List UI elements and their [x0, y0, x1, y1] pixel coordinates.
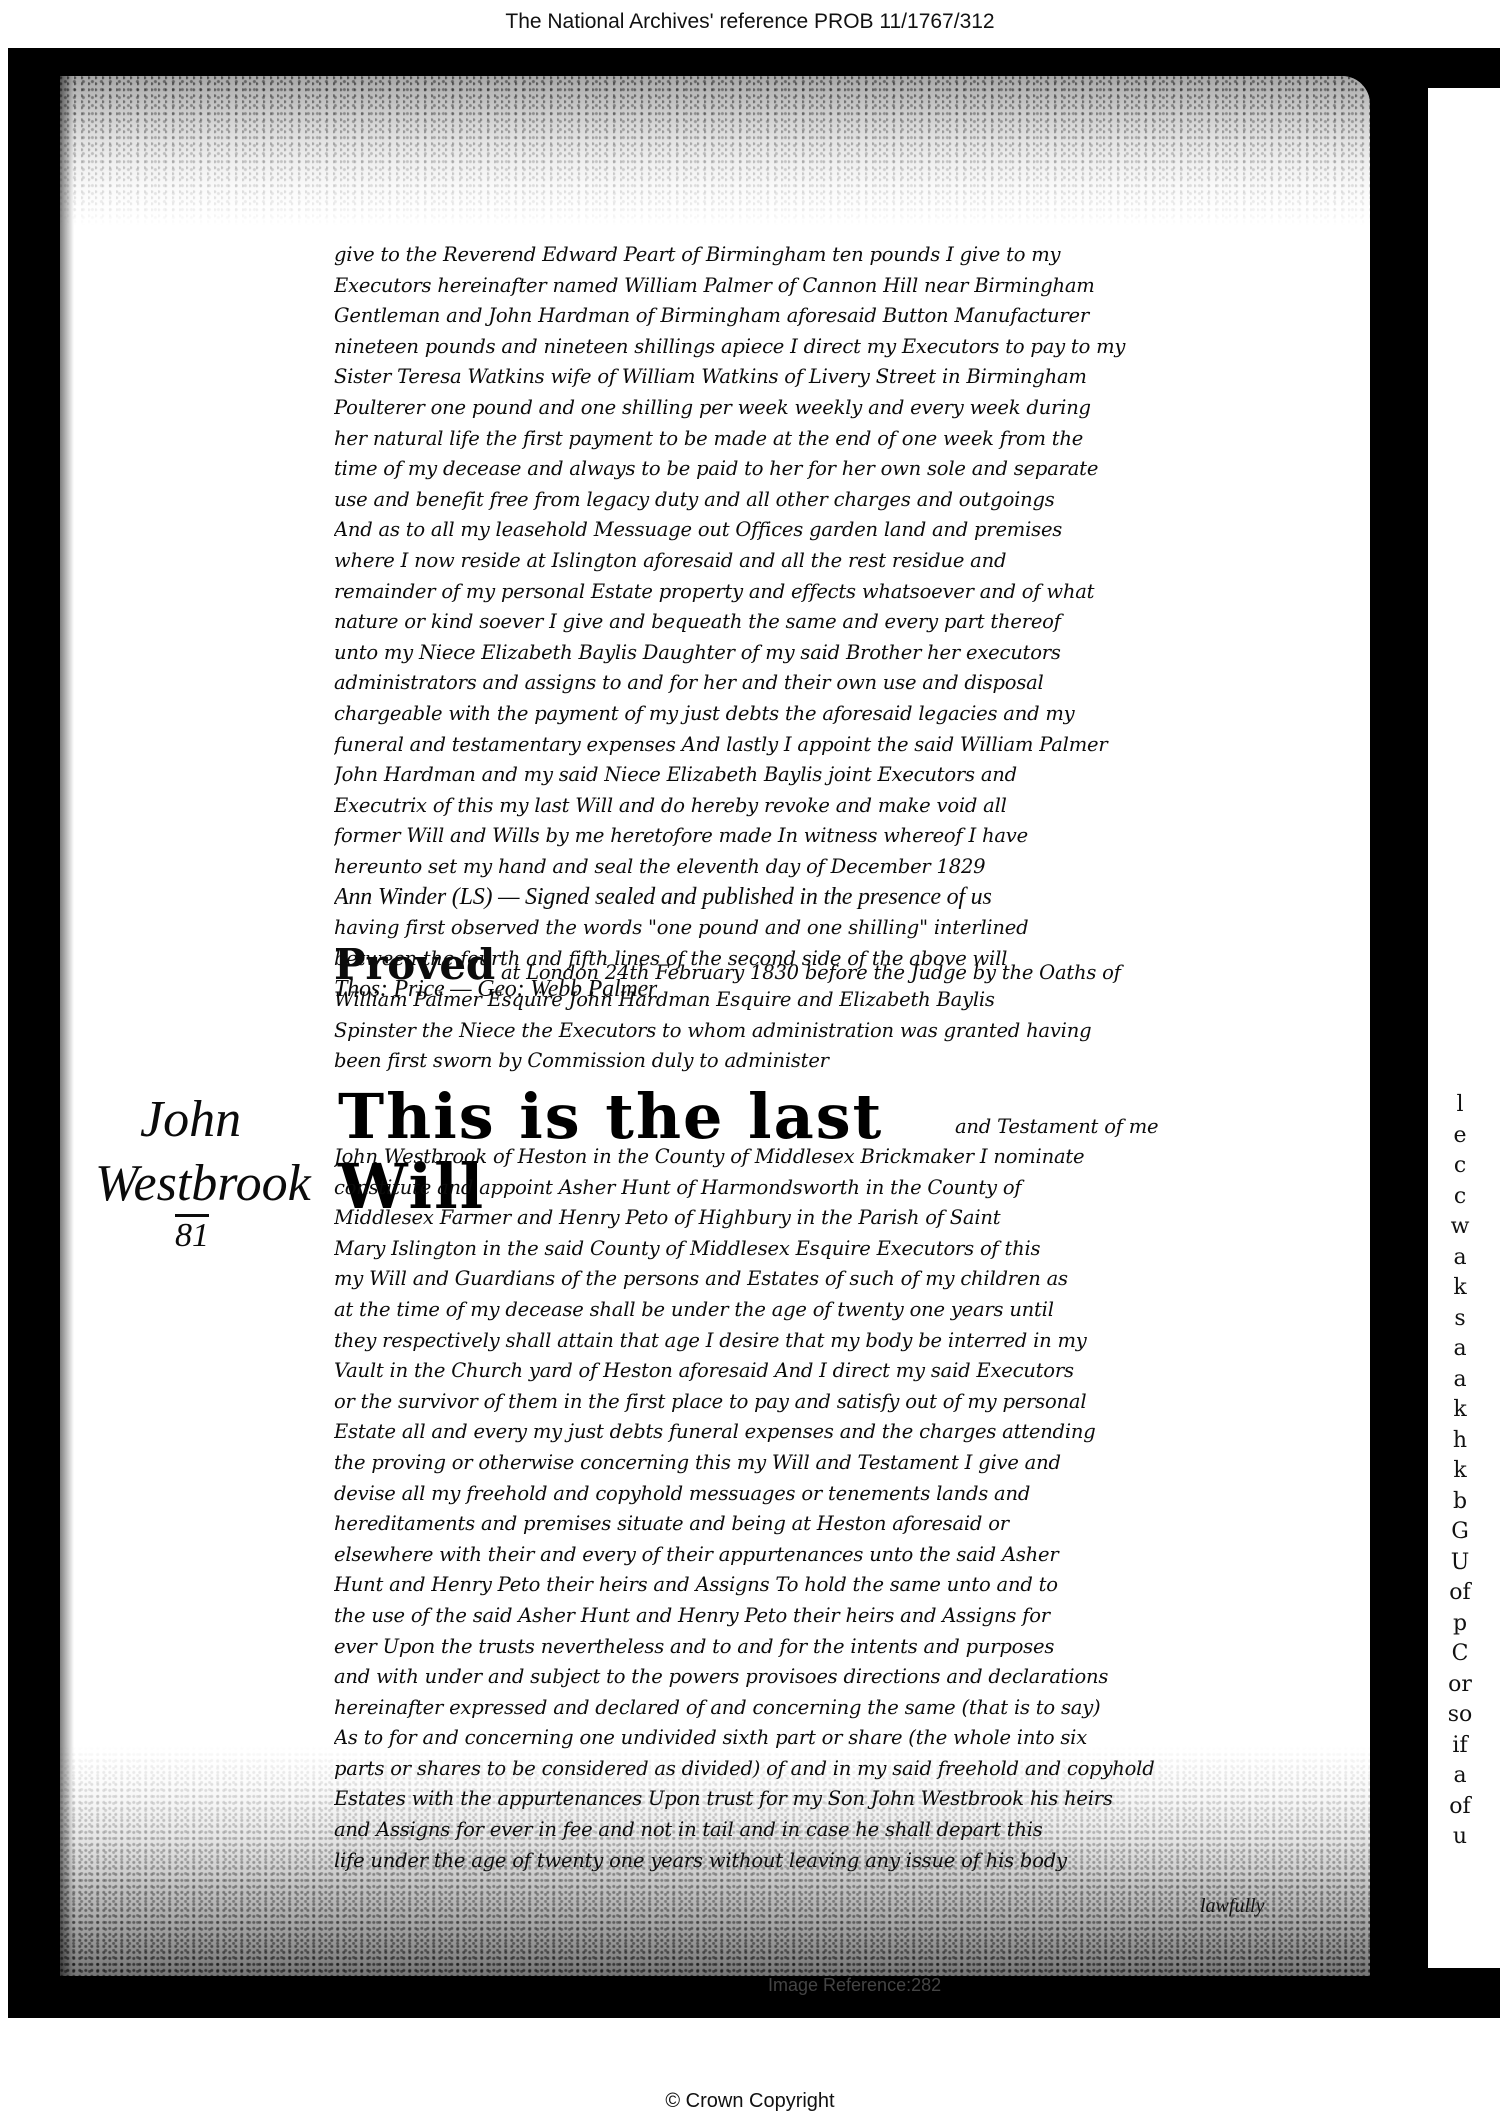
fragment: a	[1440, 1365, 1480, 1396]
new-will-body: John Westbrook of Heston in the County o…	[334, 1142, 1294, 1876]
testator-last-name: Westbrook	[95, 1152, 335, 1216]
fragment: of	[1440, 1578, 1480, 1609]
text-line: Spinster the Niece the Executors to whom…	[334, 1016, 1294, 1047]
will-title-continuation: and Testament of me	[955, 1112, 1295, 1143]
text-line: hereinafter expressed and declared of an…	[334, 1693, 1294, 1724]
binding-gutter	[1370, 48, 1428, 2018]
catchword: lawfully	[1200, 1895, 1264, 1918]
text-line: time of my decease and always to be paid…	[334, 454, 1294, 485]
text-line: at the time of my decease shall be under…	[334, 1295, 1294, 1326]
fragment: s	[1440, 1304, 1480, 1335]
probate-clause: Proved at London 24th February 1830 befo…	[334, 945, 1294, 1077]
scan-noise-left	[60, 76, 74, 1976]
text-line: use and benefit free from legacy duty an…	[334, 485, 1294, 516]
text-line: And as to all my leasehold Messuage out …	[334, 515, 1294, 546]
text-line: my Will and Guardians of the persons and…	[334, 1264, 1294, 1295]
text-line: hereditaments and premises situate and b…	[334, 1509, 1294, 1540]
text-line: Vault in the Church yard of Heston afore…	[334, 1356, 1294, 1387]
text-line: Executors hereinafter named William Palm…	[334, 271, 1294, 302]
text-line: John Westbrook of Heston in the County o…	[334, 1142, 1294, 1173]
text-line: Sister Teresa Watkins wife of William Wa…	[334, 362, 1294, 393]
fragment: k	[1440, 1395, 1480, 1426]
crown-copyright-footer: © Crown Copyright	[0, 2090, 1500, 2113]
text-line: or the survivor of them in the first pla…	[334, 1387, 1294, 1418]
text-line: nineteen pounds and nineteen shillings a…	[334, 332, 1294, 363]
text-line: give to the Reverend Edward Peart of Bir…	[334, 240, 1294, 271]
fragment: c	[1440, 1151, 1480, 1182]
text-line: Estate all and every my just debts funer…	[334, 1417, 1294, 1448]
scan-noise-top	[60, 76, 1370, 226]
probate-heading: Proved	[334, 945, 495, 985]
fragment: U	[1440, 1548, 1480, 1579]
fragment: or	[1440, 1670, 1480, 1701]
fragment: b	[1440, 1487, 1480, 1518]
text-line: nature or kind soever I give and bequeat…	[334, 607, 1294, 638]
fragment: w	[1440, 1212, 1480, 1243]
text-line: unto my Niece Elizabeth Baylis Daughter …	[334, 638, 1294, 669]
text-line: chargeable with the payment of my just d…	[334, 699, 1294, 730]
text-line: former Will and Wills by me heretofore m…	[334, 821, 1294, 852]
text-line: As to for and concerning one undivided s…	[334, 1723, 1294, 1754]
text-line: William Palmer Esquire John Hardman Esqu…	[334, 985, 1294, 1016]
text-line: having first observed the words "one pou…	[334, 913, 1294, 944]
text-line: devise all my freehold and copyhold mess…	[334, 1479, 1294, 1510]
text-line: life under the age of twenty one years w…	[334, 1846, 1294, 1877]
text-line: and Assigns for ever in fee and not in t…	[334, 1815, 1294, 1846]
fragment: a	[1440, 1243, 1480, 1274]
text-line: Middlesex Farmer and Henry Peto of Highb…	[334, 1203, 1294, 1234]
text-line: Poulterer one pound and one shilling per…	[334, 393, 1294, 424]
text-line: constitute and appoint Asher Hunt of Har…	[334, 1173, 1294, 1204]
fragment: so	[1440, 1700, 1480, 1731]
text-line: her natural life the first payment to be…	[334, 424, 1294, 455]
fragment: C	[1440, 1639, 1480, 1670]
text-line: Gentleman and John Hardman of Birmingham…	[334, 301, 1294, 332]
text-line: John Hardman and my said Niece Elizabeth…	[334, 760, 1294, 791]
text-line: parts or shares to be considered as divi…	[334, 1754, 1294, 1785]
fragment: if	[1440, 1731, 1480, 1762]
text-line: Hunt and Henry Peto their heirs and Assi…	[334, 1570, 1294, 1601]
archive-reference-header: The National Archives' reference PROB 11…	[0, 10, 1500, 34]
text-line: Mary Islington in the said County of Mid…	[334, 1234, 1294, 1265]
fragment: a	[1440, 1334, 1480, 1365]
text-line: they respectively shall attain that age …	[334, 1326, 1294, 1357]
text-line: the proving or otherwise concerning this…	[334, 1448, 1294, 1479]
margin-testator-name: John Westbrook 81	[95, 1088, 335, 1256]
witness-signature-line: Ann Winder (LS) — Signed sealed and publ…	[334, 882, 1294, 913]
text-line: ever Upon the trusts nevertheless and to…	[334, 1632, 1294, 1663]
image-reference: Image Reference:282	[768, 1975, 941, 1996]
text-line: the use of the said Asher Hunt and Henry…	[334, 1601, 1294, 1632]
fragment: l	[1440, 1090, 1480, 1121]
testator-first-name: John	[95, 1088, 335, 1152]
adjacent-page-fragments: l e c c w a k s a a k h k b G U of p C o…	[1440, 1090, 1480, 1853]
fragment: h	[1440, 1426, 1480, 1457]
fragment: of	[1440, 1792, 1480, 1823]
folio-number: 81	[95, 1216, 335, 1256]
fragment: u	[1440, 1822, 1480, 1853]
fragment: k	[1440, 1456, 1480, 1487]
text-line: been first sworn by Commission duly to a…	[334, 1046, 1294, 1077]
text-line: where I now reside at Islington aforesai…	[334, 546, 1294, 577]
fragment: a	[1440, 1761, 1480, 1792]
text-line: Estates with the appurtenances Upon trus…	[334, 1784, 1294, 1815]
text-line: remainder of my personal Estate property…	[334, 577, 1294, 608]
previous-will-continuation: give to the Reverend Edward Peart of Bir…	[334, 240, 1294, 1005]
text-line: hereunto set my hand and seal the eleven…	[334, 852, 1294, 883]
fragment: e	[1440, 1121, 1480, 1152]
text-line: administrators and assigns to and for he…	[334, 668, 1294, 699]
fragment: p	[1440, 1609, 1480, 1640]
text-line: at London 24th February 1830 before the …	[501, 961, 1121, 984]
text-line: and with under and subject to the powers…	[334, 1662, 1294, 1693]
fragment: G	[1440, 1517, 1480, 1548]
text-line: elsewhere with their and every of their …	[334, 1540, 1294, 1571]
text-line: Executrix of this my last Will and do he…	[334, 791, 1294, 822]
fragment: c	[1440, 1182, 1480, 1213]
text-line: funeral and testamentary expenses And la…	[334, 730, 1294, 761]
text-line: and Testament of me	[955, 1112, 1295, 1143]
fragment: k	[1440, 1273, 1480, 1304]
